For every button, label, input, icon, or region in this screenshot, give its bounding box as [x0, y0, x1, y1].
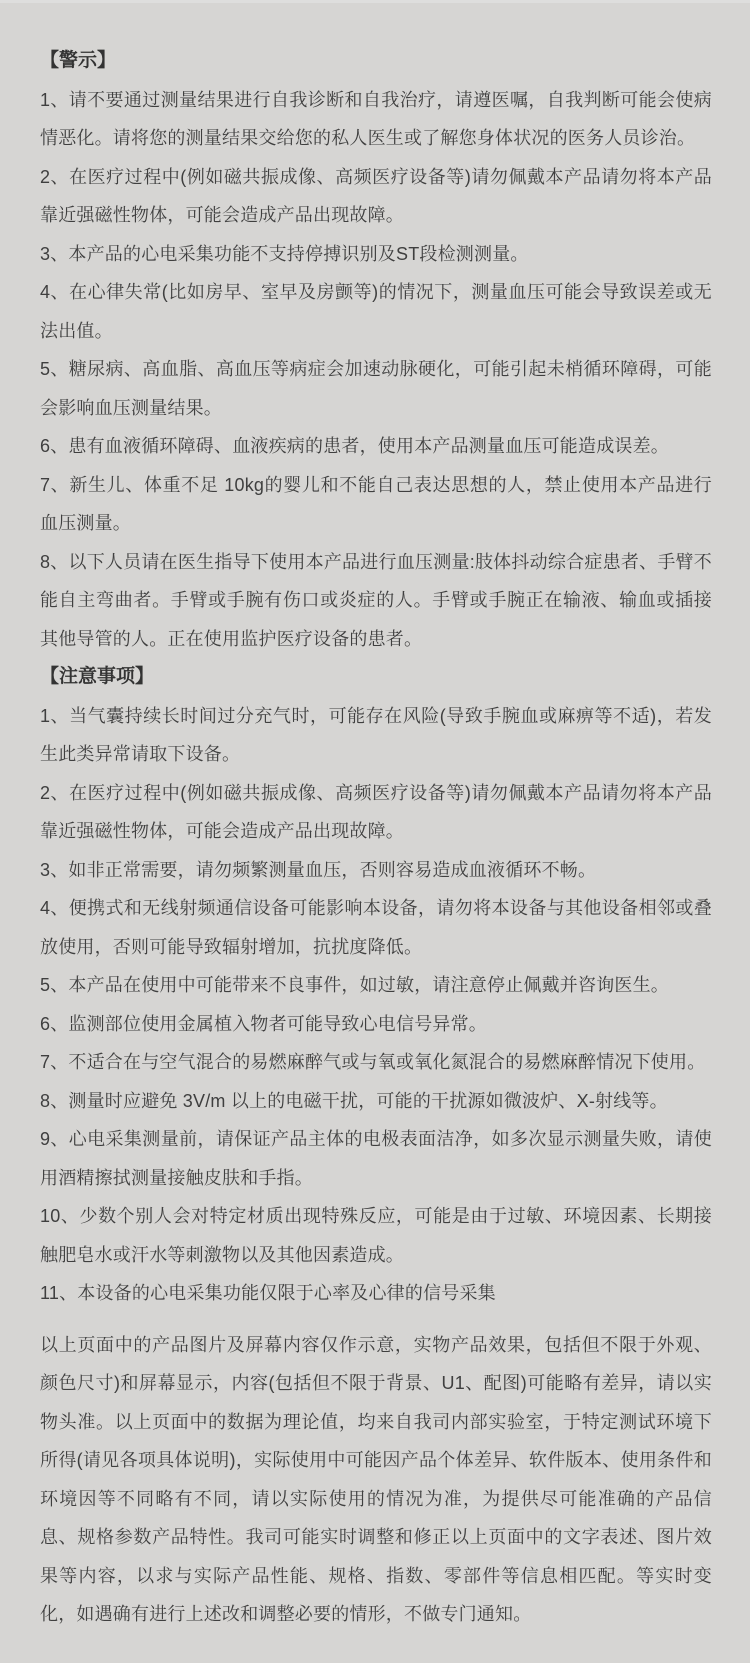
notice-heading: 【注意事项】 — [40, 658, 712, 697]
legal-disclaimer: 以上页面中的产品图片及屏幕内容仅作示意，实物产品效果，包括但不限于外观、颜色尺寸… — [40, 1326, 712, 1634]
notice-item-8: 8、测量时应避免 3V/m 以上的电磁干扰，可能的干扰源如微波炉、X-射线等。 — [40, 1082, 712, 1121]
warning-item-3: 3、本产品的心电采集功能不支持停搏识别及ST段检测测量。 — [40, 235, 712, 274]
warning-item-8: 8、以下人员请在医生指导下使用本产品进行血压测量:肢体抖动综合症患者、手臂不能自… — [40, 543, 712, 659]
notice-item-10: 10、少数个别人会对特定材质出现特殊反应，可能是由于过敏、环境因素、长期接触肥皂… — [40, 1197, 712, 1274]
notice-item-7: 7、不适合在与空气混合的易燃麻醉气或与氧或氧化氮混合的易燃麻醉情况下使用。 — [40, 1043, 712, 1082]
notice-item-5: 5、本产品在使用中可能带来不良事件，如过敏，请注意停止佩戴并咨询医生。 — [40, 966, 712, 1005]
notice-item-6: 6、监测部位使用金属植入物者可能导致心电信号异常。 — [40, 1005, 712, 1044]
warning-item-2: 2、在医疗过程中(例如磁共振成像、高频医疗设备等)请勿佩戴本产品请勿将本产品靠近… — [40, 158, 712, 235]
notice-section: 【注意事项】 1、当气囊持续长时间过分充气时，可能存在风险(导致手腕血或麻痹等不… — [40, 658, 712, 1313]
warning-item-7: 7、新生儿、体重不足 10kg的婴儿和不能自己表达思想的人，禁止使用本产品进行血… — [40, 466, 712, 543]
notice-item-9: 9、心电采集测量前，请保证产品主体的电极表面洁净，如多次显示测量失败，请使用酒精… — [40, 1120, 712, 1197]
notice-item-11: 11、本设备的心电采集功能仅限于心率及心律的信号采集 — [40, 1274, 712, 1313]
notice-item-4: 4、便携式和无线射频通信设备可能影响本设备，请勿将本设备与其他设备相邻或叠放使用… — [40, 889, 712, 966]
warning-item-4: 4、在心律失常(比如房早、室早及房颤等)的情况下，测量血压可能会导致误差或无法出… — [40, 273, 712, 350]
warning-item-1: 1、请不要通过测量结果进行自我诊断和自我治疗，请遵医嘱，自我判断可能会使病情恶化… — [40, 81, 712, 158]
text-content: 【警示】 1、请不要通过测量结果进行自我诊断和自我治疗，请遵医嘱，自我判断可能会… — [0, 3, 750, 1634]
notice-item-3: 3、如非正常需要，请勿频繁测量血压，否则容易造成血液循环不畅。 — [40, 851, 712, 890]
warning-heading: 【警示】 — [40, 42, 712, 81]
notice-item-2: 2、在医疗过程中(例如磁共振成像、高频医疗设备等)请勿佩戴本产品请勿将本产品靠近… — [40, 774, 712, 851]
product-warning-page: 【警示】 1、请不要通过测量结果进行自我诊断和自我治疗，请遵医嘱，自我判断可能会… — [0, 0, 750, 1634]
warning-item-5: 5、糖尿病、高血脂、高血压等病症会加速动脉硬化，可能引起未梢循环障碍，可能会影响… — [40, 350, 712, 427]
notice-item-1: 1、当气囊持续长时间过分充气时，可能存在风险(导致手腕血或麻痹等不适)，若发生此… — [40, 697, 712, 774]
warning-item-6: 6、患有血液循环障碍、血液疾病的患者，使用本产品测量血压可能造成误差。 — [40, 427, 712, 466]
warning-section: 【警示】 1、请不要通过测量结果进行自我诊断和自我治疗，请遵医嘱，自我判断可能会… — [40, 42, 712, 658]
